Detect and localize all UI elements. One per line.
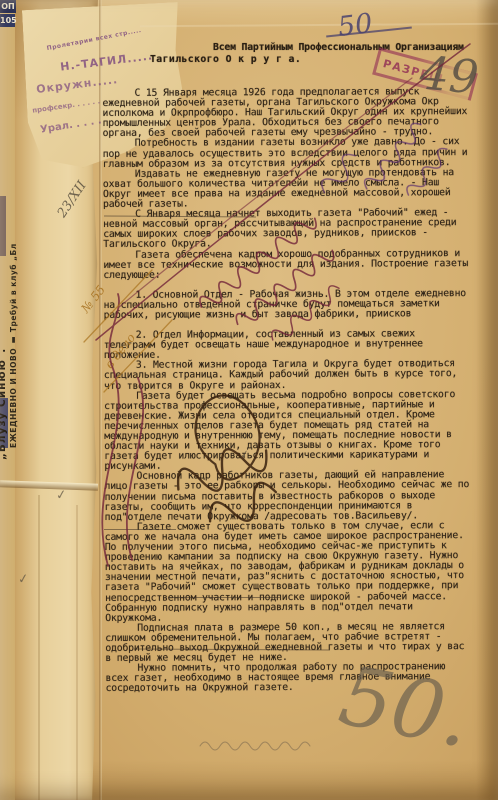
pencil-checkmark: ✓ (55, 487, 68, 503)
paper-crease (76, 505, 78, 800)
paragraph: Газета обеспечена кадром хорошо подобран… (103, 249, 471, 281)
paragraph: Издавать не ежедневную газету не могущую… (103, 168, 471, 210)
print-fragment: 105 (0, 14, 15, 27)
paragraph: Газете сможет существовать только в том … (105, 521, 474, 624)
pencil-checkmark: ✓ (239, 447, 250, 461)
pencil-underline (168, 597, 280, 598)
list-item-2: 2. Отдел Информации, составленный из сам… (104, 329, 472, 361)
typed-body: С 15 Января месяца 1926 года предполагае… (102, 87, 473, 694)
paragraph: Основной кадр работников газеты, дающий … (104, 470, 472, 522)
paper-crease (38, 495, 40, 800)
pencil-underline (104, 529, 176, 530)
paragraph: Подписная плата в размере 50 коп., в мес… (105, 622, 473, 664)
recipient-line: Тагильского О к р у г а. (150, 54, 301, 65)
paragraph: С Января месяца начнет выходить газета "… (103, 208, 471, 250)
vertical-ad-text: ЕЖЕДНЕВНО И НОВО ▮ Требуй в клуб „Бл (9, 58, 18, 448)
vertical-ad-text: „Блузу Синюю". (0, 150, 8, 460)
paper-fold (140, 23, 498, 27)
pencil-checkmark: ✓ (17, 571, 30, 587)
paragraph: Потребность в издании газеты возникло уж… (103, 138, 471, 170)
paragraph: Газета будет освещать весьма подробно во… (104, 390, 472, 473)
print-fragment: ОП (0, 0, 16, 13)
pencil-page-number: 49 (418, 46, 481, 105)
scanned-document-page: ОП 105 „Блузу Синюю". ЕЖЕДНЕВНО И НОВО ▮… (0, 0, 498, 800)
list-item-3: 3. Местной жизни города Тагила и Округа … (104, 359, 472, 391)
paragraph: С 15 Января месяца 1926 года предполагае… (102, 87, 470, 139)
list-item-1: 1. Основной Отдел - Рабочая жизнь. В это… (103, 289, 471, 321)
crossed-out-page-number: 50 (336, 8, 374, 43)
